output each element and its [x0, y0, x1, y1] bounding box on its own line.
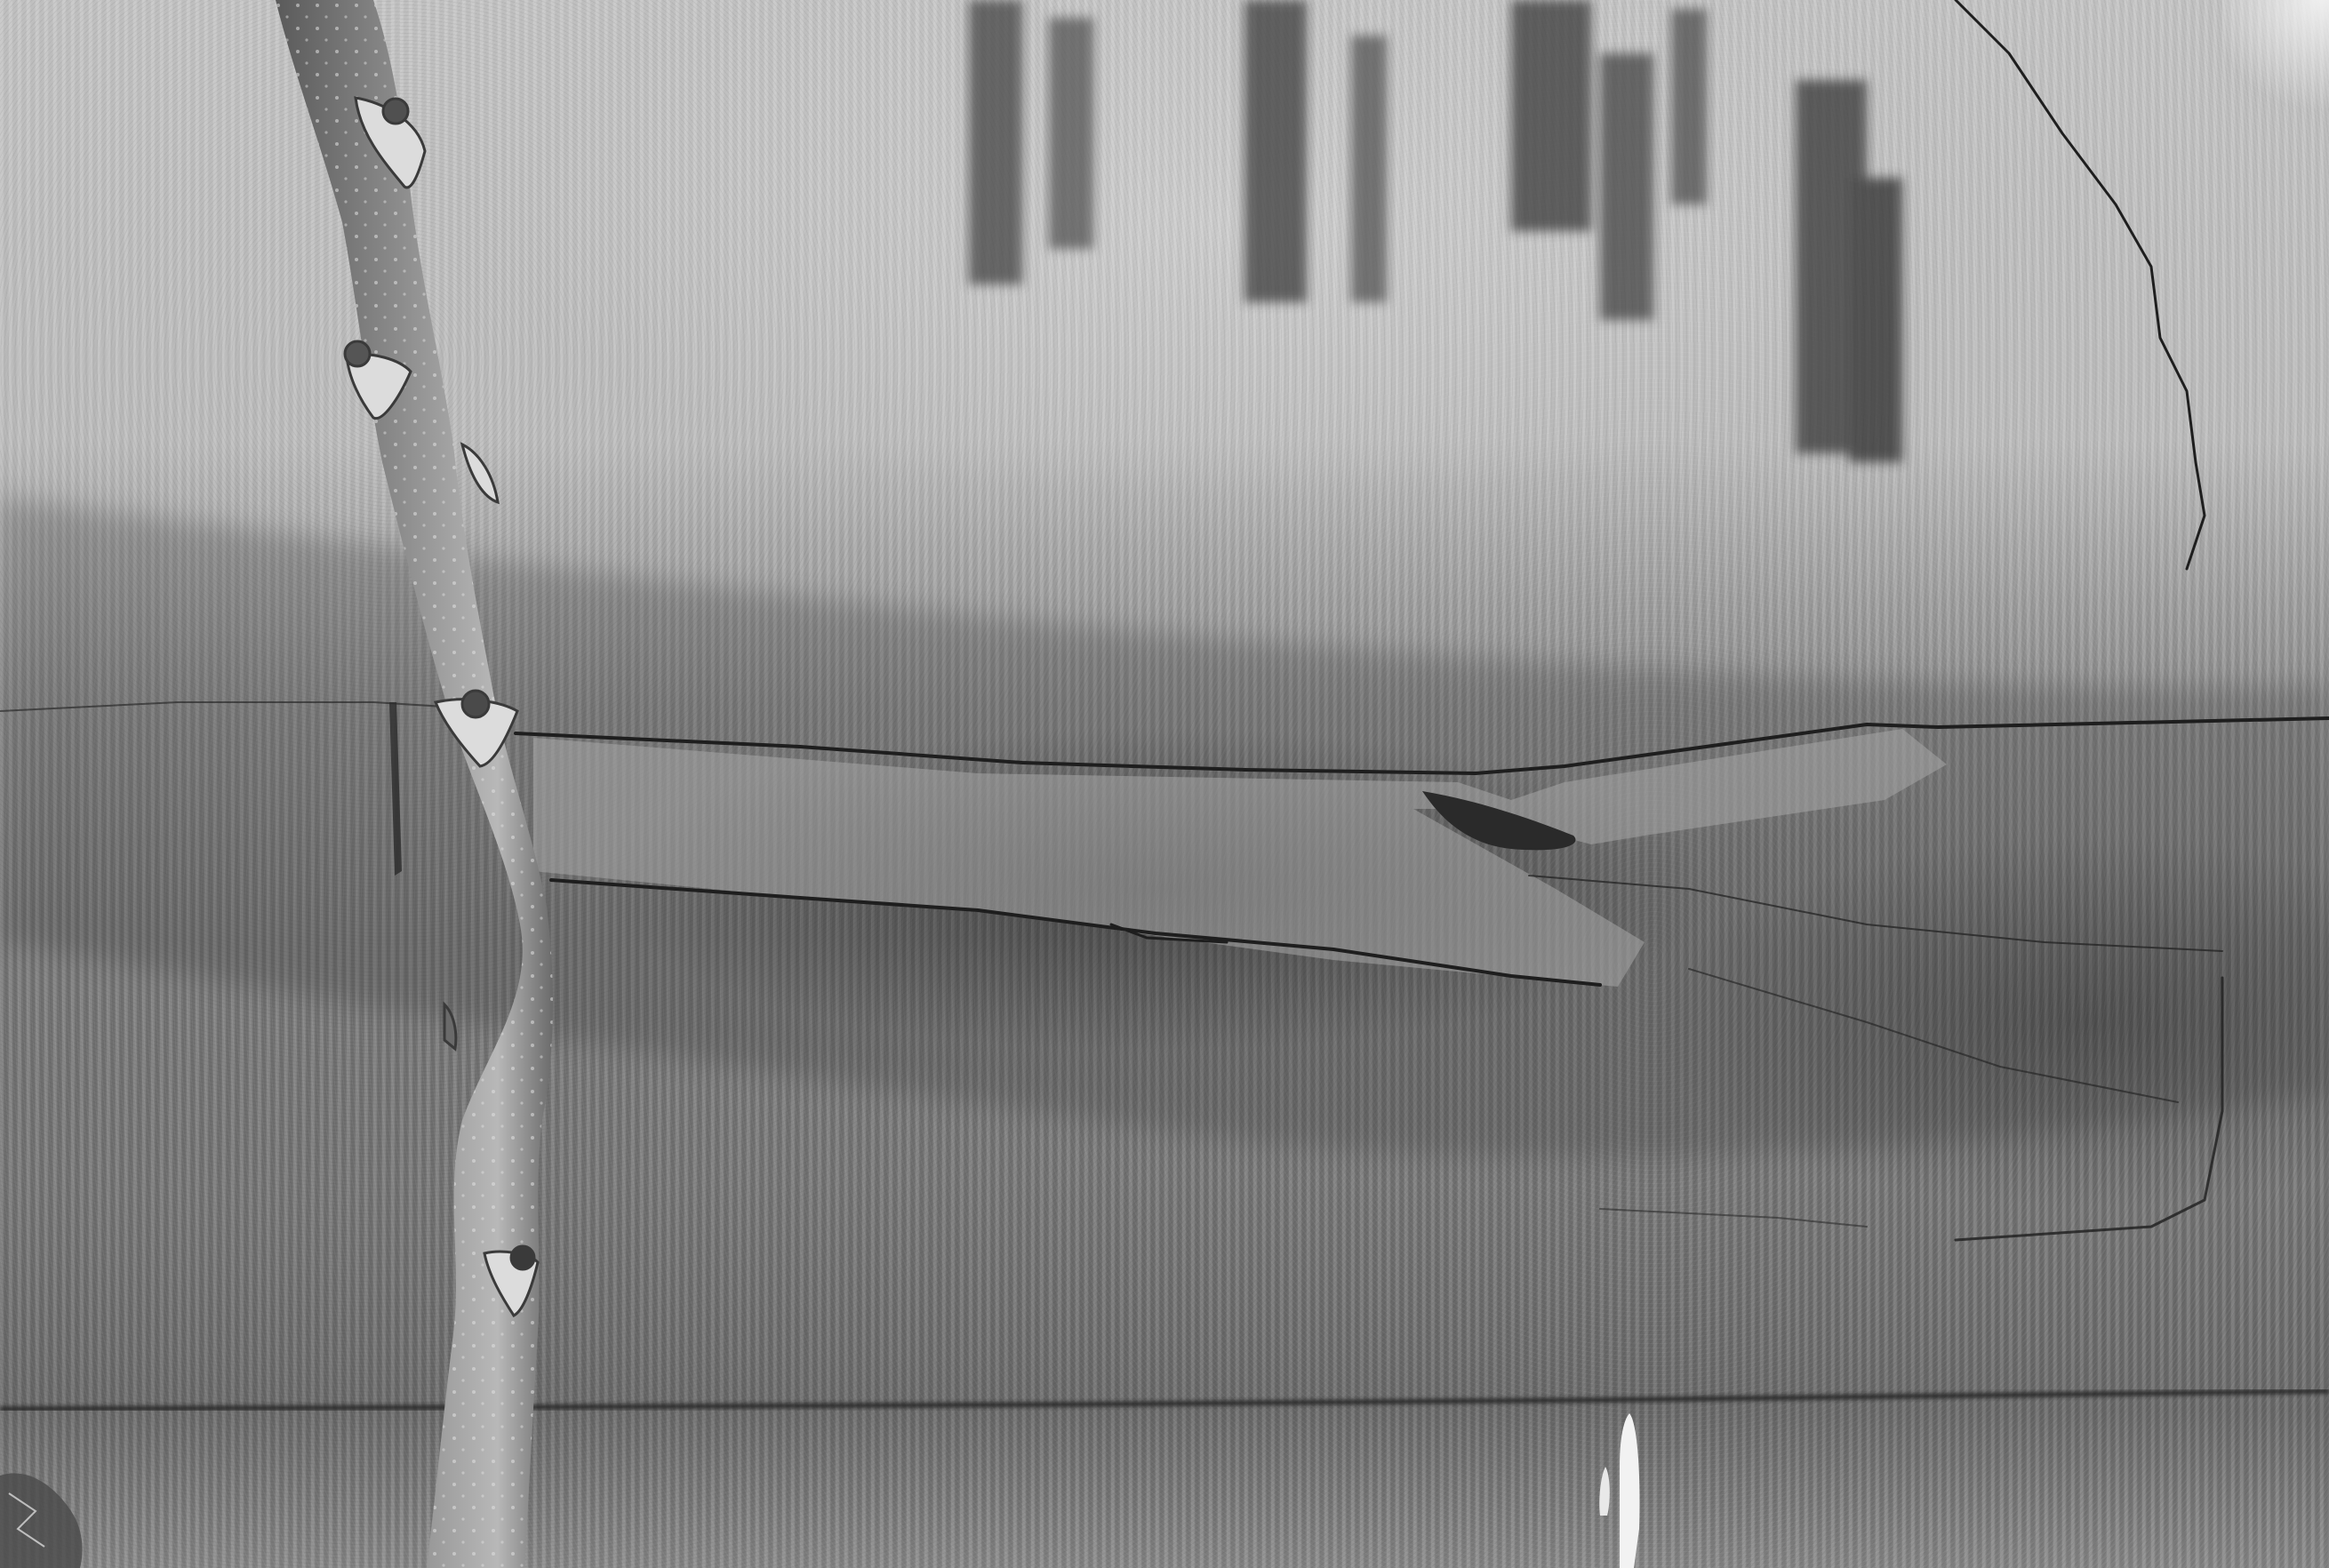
white-paint-drip [1599, 1413, 1639, 1568]
foliage [0, 1473, 83, 1568]
horizontal-seam [0, 1391, 2329, 1409]
mold-streaks [969, 0, 1902, 462]
scene-drawing [0, 0, 2329, 1568]
photograph [0, 0, 2329, 1568]
